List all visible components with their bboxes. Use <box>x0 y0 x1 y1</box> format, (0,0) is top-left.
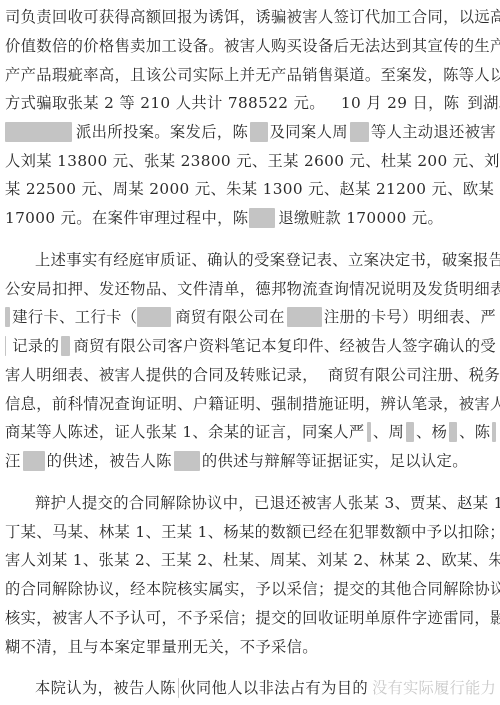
text-run: 某 22500 元、周某 2000 元、朱某 1300 元、赵某 21200 元… <box>5 178 500 200</box>
text-run: 记录的 <box>12 335 59 357</box>
text-line: 害人明细表、被害人提供的合同及转账记录， 商贸有限公司注册、税务 <box>5 364 496 386</box>
text-run: 信息，前科情况查询证明、户籍证明、强制措施证明，辨认笔录，被害人高某、 <box>5 393 500 415</box>
text-line: 的合同解除协议，经本院核实属实，予以采信；提交的其他合同解除协议经本院 <box>5 578 496 600</box>
text-run: 、周 <box>373 421 404 443</box>
redaction-box <box>250 122 267 142</box>
text-run: 10 月 29 日，陈 <box>341 92 460 114</box>
text-line: 派出所投案。案发后，陈 及同案人周 等人主动退还被害 <box>5 121 496 143</box>
redaction-box <box>137 307 171 327</box>
text-run: 注册的卡号）明细表、严 <box>324 306 496 328</box>
text-line: 信息，前科情况查询证明、户籍证明、强制措施证明，辨认笔录，被害人高某、 <box>5 393 496 415</box>
text-run: 糊不清，且与本案定罪量刑无关，不予采信。 <box>5 636 318 658</box>
text-run: 的合同解除协议，经本院核实属实，予以采信；提交的其他合同解除协议经本院 <box>5 578 500 600</box>
text-run: 到湖北省 <box>467 92 500 114</box>
text-run: 及同案人周 <box>270 121 348 143</box>
text-run: 本院认为，被告人陈 <box>35 677 176 699</box>
document-page: 司负责回收可获得高额回报为诱饵，诱骗被害人签订代加工合同，以远高于实际 价值数倍… <box>0 0 500 705</box>
text-run: 商贸有限公司客户资料笔记本复印件、经被告人签字确认的受 <box>74 335 496 357</box>
text-line: 汪 的供述，被告人陈 的供述与辩解等证据证实，足以认定。 <box>5 450 496 472</box>
text-run: 商贸有限公司在 <box>175 306 285 328</box>
text-run: 害人刘某 1、张某 2、王某 2、杜某、周某、刘某 2、林某 2、欧某、朱某、赵… <box>5 549 500 571</box>
redaction-box <box>492 422 496 442</box>
text-line: 辩护人提交的合同解除协议中，已退还被害人张某 3、贾某、赵某 1、薛某、 <box>5 492 496 514</box>
text-run: 产产品瑕疵率高，且该公司实际上并无产品销售渠道。至案发，陈 <box>5 64 459 86</box>
redaction-box <box>367 422 371 442</box>
text-run: 商贸有限公司注册、税务 <box>328 364 500 386</box>
text-run: 公安局扣押、发还物品、文件清单，德邦物流查询情况说明及发货明细表、陈 <box>5 278 500 300</box>
text-line: 17000 元。在案件审理过程中，陈 退缴赃款 170000 元。 <box>5 207 496 229</box>
text-line: 害人刘某 1、张某 2、王某 2、杜某、周某、刘某 2、林某 2、欧某、朱某、赵… <box>5 549 496 571</box>
text-line: 方式骗取张某 2 等 210 人共计 788522 元。 10 月 29 日，陈… <box>5 92 496 114</box>
text-run: 方式骗取张某 2 等 210 人共计 788522 元。 <box>5 92 325 114</box>
redaction-box <box>350 122 369 142</box>
redaction-box <box>287 307 322 327</box>
redaction-box <box>174 451 200 471</box>
text-line: 公安局扣押、发还物品、文件清单，德邦物流查询情况说明及发货明细表、陈 <box>5 278 496 300</box>
redaction-box <box>406 422 414 442</box>
text-run: 建行卡、工行卡（ <box>12 306 137 328</box>
text-run: 商某等人陈述，证人张某 1、余某的证言，同案人严 <box>5 421 365 443</box>
redaction-box <box>5 122 72 142</box>
text-run: 人刘某 13800 元、张某 23800 元、王某 2600 元、杜某 200 … <box>5 150 500 172</box>
text-line: 商某等人陈述，证人张某 1、余某的证言，同案人严 、周 、杨 、陈 <box>5 421 496 443</box>
text-run: 等人以此 <box>459 64 500 86</box>
redaction-box <box>23 451 45 471</box>
text-line: 核实，被害人不予认可，不予采信；提交的回收证明单原件字迹雷同，影印件模 <box>5 607 496 629</box>
text-run: 丁某、马某、林某 1、王某 1、杨某的数额已经在犯罪数额中予以扣除；提交的被 <box>5 521 500 543</box>
redaction-box <box>61 336 69 356</box>
text-run: 派出所投案。案发后，陈 <box>76 121 248 143</box>
text-run: 伙同他人以非法占有为目的 <box>180 677 368 699</box>
text-run: 核实，被害人不予认可，不予采信；提交的回收证明单原件字迹雷同，影印件模 <box>5 607 500 629</box>
text-line: 记录的 商贸有限公司客户资料笔记本复印件、经被告人签字确认的受 <box>5 335 496 357</box>
text-run: 、陈 <box>459 421 490 443</box>
text-run: 、杨 <box>416 421 447 443</box>
text-run: 的供述与辩解等证据证实，足以认定。 <box>202 450 468 472</box>
text-run: 的供述，被告人陈 <box>47 450 172 472</box>
redaction-box <box>449 422 457 442</box>
text-line: 司负责回收可获得高额回报为诱饵，诱骗被害人签订代加工合同，以远高于实际 <box>5 6 496 28</box>
watermark-overlay: 没有实际履行能力 <box>372 677 496 699</box>
text-run: 等人主动退还被害 <box>371 121 496 143</box>
text-line: 人刘某 13800 元、张某 23800 元、王某 2600 元、杜某 200 … <box>5 150 496 172</box>
text-line: 本院认为，被告人陈 伙同他人以非法占有为目的 没有实际履行能力 <box>5 677 496 699</box>
text-run: 司负责回收可获得高额回报为诱饵，诱骗被害人签订代加工合同，以远高于实际 <box>5 6 500 28</box>
text-run: 退缴赃款 170000 元。 <box>278 207 443 229</box>
redaction-box <box>249 208 275 228</box>
text-line: 糊不清，且与本案定罪量刑无关，不予采信。 <box>5 636 496 658</box>
text-line: 上述事实有经庭审质证、确认的受案登记表、立案决定书，破案报告， <box>5 249 496 271</box>
text-line: 价值数倍的价格售卖加工设备。被害人购买设备后无法达到其宣传的生产量、生 <box>5 35 496 57</box>
text-run: 辩护人提交的合同解除协议中，已退还被害人张某 3、贾某、赵某 1、薛某、 <box>35 492 500 514</box>
text-line: 产产品瑕疵率高，且该公司实际上并无产品销售渠道。至案发，陈 等人以此 <box>5 64 496 86</box>
text-run: 汪 <box>5 450 21 472</box>
redaction-box <box>5 307 10 327</box>
text-line: 建行卡、工行卡（ 商贸有限公司在 注册的卡号）明细表、严 <box>5 306 496 328</box>
text-run: 17000 元。在案件审理过程中，陈 <box>5 207 248 229</box>
text-run: 害人明细表、被害人提供的合同及转账记录， <box>5 364 318 386</box>
text-run: 上述事实有经庭审质证、确认的受案登记表、立案决定书，破案报告， <box>35 249 500 271</box>
text-line: 丁某、马某、林某 1、王某 1、杨某的数额已经在犯罪数额中予以扣除；提交的被 <box>5 521 496 543</box>
text-line: 某 22500 元、周某 2000 元、朱某 1300 元、赵某 21200 元… <box>5 178 496 200</box>
redaction-box <box>5 336 6 356</box>
text-run: 价值数倍的价格售卖加工设备。被害人购买设备后无法达到其宣传的生产量、生 <box>5 35 500 57</box>
